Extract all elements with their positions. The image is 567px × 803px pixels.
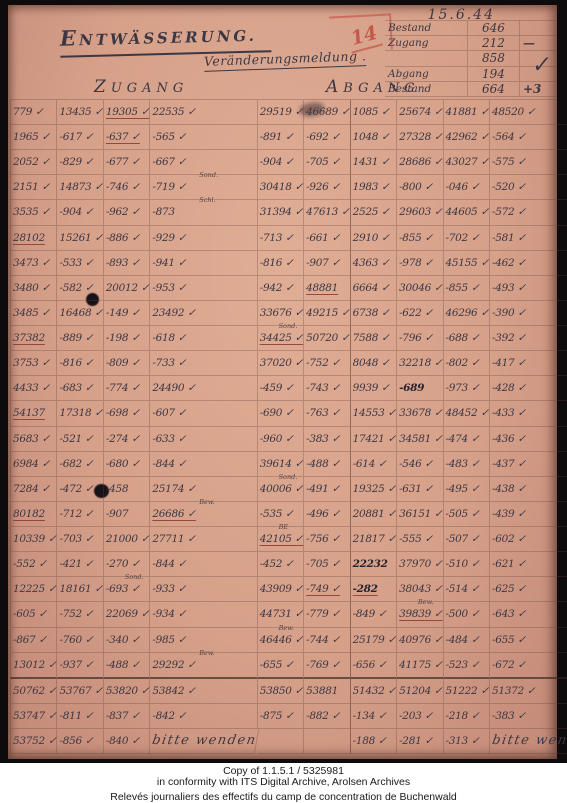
- ledger-cell: -763 ✓: [304, 401, 350, 426]
- ledger-cell: 3485 ✓: [10, 301, 57, 326]
- ledger-cell: -929 ✓: [150, 226, 257, 251]
- ledger-cell: -520 ✓: [490, 175, 567, 200]
- ledger-cell: 33678 ✓: [397, 401, 443, 426]
- ledger-cell: 17318 ✓: [57, 401, 103, 426]
- ledger-cell: 22232: [351, 552, 397, 577]
- ledger-cell: -459 ✓: [258, 376, 304, 401]
- ledger-cell: 27711 ✓: [150, 527, 257, 552]
- ledger-cell: [304, 729, 350, 754]
- ledger-cell: 40976 ✓: [397, 628, 443, 653]
- ledger-cell: -744 ✓: [304, 628, 350, 653]
- ledger-cell: -953 ✓: [150, 276, 257, 301]
- ledger-cell: 48520 ✓: [490, 100, 567, 125]
- ledger-cell: 17421 ✓: [351, 427, 397, 452]
- ledger-cell: 779 ✓: [10, 100, 57, 125]
- ledger-cell: 53747 ✓: [10, 704, 57, 729]
- ledger-cell: -840 ✓: [104, 729, 150, 754]
- ledger-cell: 30046 ✓: [397, 276, 443, 301]
- ledger-cell: -752 ✓: [57, 602, 103, 627]
- ledger-cell: 53850 ✓: [258, 679, 304, 704]
- ledger-cell: 13012 ✓: [10, 653, 57, 679]
- ledger-cell: 39839 ✓Bew.: [397, 602, 443, 627]
- ledger-cell: -505 ✓: [444, 502, 490, 527]
- ledger-cell: -484 ✓: [444, 628, 490, 653]
- ledger-cell: -907 ✓: [304, 251, 350, 276]
- ledger-cell: 53767 ✓: [57, 679, 103, 704]
- ledger-cell: -800 ✓: [397, 175, 443, 200]
- ledger-cell: 21000 ✓: [104, 527, 150, 552]
- ledger-cell: 50762 ✓: [10, 679, 57, 704]
- ledger-cell: -483 ✓: [444, 452, 490, 477]
- ledger-cell: 10339 ✓: [10, 527, 57, 552]
- stamp-number: 14: [346, 21, 384, 54]
- ledger-cell: 3473 ✓: [10, 251, 57, 276]
- ledger-cell: -421 ✓: [57, 552, 103, 577]
- ledger-cell: -886 ✓: [104, 226, 150, 251]
- ledger-cell: 53842 ✓: [150, 679, 257, 704]
- ledger-cell: -703 ✓: [57, 527, 103, 552]
- ledger-cell: 29603 ✓: [397, 200, 443, 225]
- check-mark-icon: ✓: [529, 52, 550, 79]
- ledger-cell: -942 ✓: [258, 276, 304, 301]
- ledger-cell: -746 ✓: [104, 175, 150, 200]
- ledger-cell: -677 ✓: [104, 150, 150, 175]
- ledger-cell: -809 ✓: [104, 351, 150, 376]
- ledger-cell: 31394 ✓: [258, 200, 304, 225]
- ledger-cell: -390 ✓: [490, 301, 567, 326]
- ledger-cell: -692 ✓: [304, 125, 350, 150]
- ledger-cell: 6984 ✓: [10, 452, 57, 477]
- column-header-abgang: Abgang: [326, 77, 420, 97]
- ledger-cell: -582 ✓: [57, 276, 103, 301]
- ledger-cell: 14873 ✓: [57, 175, 103, 200]
- ledger-cell: -614 ✓: [351, 452, 397, 477]
- marginal-annotation: Bew.: [418, 599, 433, 606]
- ledger-cell: -340 ✓: [104, 628, 150, 653]
- ledger-cell: 13435 ✓: [57, 100, 103, 125]
- ledger-cell: -760 ✓: [57, 628, 103, 653]
- ledger-cell: -690 ✓: [258, 401, 304, 426]
- ledger-cell: 48881: [304, 276, 350, 301]
- marginal-annotation: Bew.: [279, 625, 294, 632]
- ledger-cell: -521 ✓: [57, 427, 103, 452]
- ledger-cell: 46296 ✓: [444, 301, 490, 326]
- ledger-cell: -437 ✓: [490, 452, 567, 477]
- ledger-cell: -683 ✓: [57, 376, 103, 401]
- ledger-cell: -779 ✓: [304, 602, 350, 627]
- ledger-cell: -203 ✓: [397, 704, 443, 729]
- ledger-cell: -962 ✓: [104, 200, 150, 225]
- ledger-cell: -680 ✓: [104, 452, 150, 477]
- ledger-cell: -533 ✓: [57, 251, 103, 276]
- ledger-cell: -621 ✓: [490, 552, 567, 577]
- ledger-cell: -937 ✓: [57, 653, 103, 679]
- ledger-cell: -842 ✓: [150, 704, 257, 729]
- ledger-cell: 37970 ✓: [397, 552, 443, 577]
- ledger-cell: 1983 ✓: [351, 175, 397, 200]
- ledger-cell: 41881 ✓: [444, 100, 490, 125]
- ledger-cell: 51222 ✓: [444, 679, 490, 704]
- ledger-cell: 46689 ✓: [304, 100, 350, 125]
- marginal-annotation: Sond.: [279, 474, 298, 481]
- ledger-cell: -392 ✓: [490, 326, 567, 351]
- ledger-cell: 1085 ✓: [351, 100, 397, 125]
- ledger-cell: -893 ✓: [104, 251, 150, 276]
- ledger-cell: 2910 ✓: [351, 226, 397, 251]
- ledger-cell: -643 ✓: [490, 602, 567, 627]
- ledger-cell: -607 ✓: [150, 401, 257, 426]
- ledger-cell: 36151 ✓: [397, 502, 443, 527]
- ledger-cell: 27328 ✓: [397, 125, 443, 150]
- ledger-cell: -743 ✓: [304, 376, 350, 401]
- ledger-cell: 51372 ✓: [490, 679, 567, 704]
- red-stamp-box: 14: [329, 13, 393, 52]
- ledger-cell: 43909 ✓: [258, 577, 304, 602]
- ledger-cell: -941 ✓: [150, 251, 257, 276]
- ledger-cell: -688 ✓: [444, 326, 490, 351]
- ledger-cell: -802 ✓: [444, 351, 490, 376]
- ledger-cell: -500 ✓: [444, 602, 490, 627]
- ledger-cell: -926 ✓: [304, 175, 350, 200]
- ledger-cell: -889 ✓: [57, 326, 103, 351]
- ledger-cell: -488 ✓: [104, 653, 150, 679]
- scanned-document: ENTWÄSSERUNG. Veränderungsmeldung . 15.6…: [0, 0, 567, 763]
- ledger-cell: 16468 ✓: [57, 301, 103, 326]
- ledger-cell: 29292 ✓Bew.: [150, 653, 257, 679]
- ledger-cell: -617 ✓: [57, 125, 103, 150]
- ledger-cell: 51204 ✓: [397, 679, 443, 704]
- ledger-cell: -046 ✓: [444, 175, 490, 200]
- ledger-cell: -756 ✓: [304, 527, 350, 552]
- marginal-annotation: Schl.: [199, 197, 215, 204]
- ledger-cell: -875 ✓: [258, 704, 304, 729]
- ledger-cell: -882 ✓: [304, 704, 350, 729]
- ledger-cell: 7588 ✓: [351, 326, 397, 351]
- ledger-cell: 3480 ✓: [10, 276, 57, 301]
- summary-note: [519, 21, 557, 36]
- ledger-cell: -973 ✓: [444, 376, 490, 401]
- ledger-cell: -605 ✓: [10, 602, 57, 627]
- ledger-cell: -436 ✓: [490, 427, 567, 452]
- ledger-cell: -705 ✓: [304, 552, 350, 577]
- ledger-cell: -655 ✓: [258, 653, 304, 679]
- ledger-cell: 24490 ✓: [150, 376, 257, 401]
- ledger-cell: -282: [351, 577, 397, 602]
- ledger-cell: 40006 ✓Sond.: [258, 477, 304, 502]
- caption-french-line: Relevés journaliers des effectifs du cam…: [0, 792, 567, 800]
- ledger-cell: 14553 ✓: [351, 401, 397, 426]
- ledger-cell: -733 ✓: [150, 351, 257, 376]
- ledger-cell: -960 ✓: [258, 427, 304, 452]
- ledger-cell: 34425 ✓Sond.: [258, 326, 304, 351]
- marginal-annotation: Sond.: [199, 172, 218, 179]
- summary-label: Zugang: [385, 36, 467, 51]
- ledger-cell: -565 ✓: [150, 125, 257, 150]
- summary-label: [385, 51, 467, 66]
- ledger-cell: -452 ✓: [258, 552, 304, 577]
- ledger-cell: -625 ✓: [490, 577, 567, 602]
- ledger-cell: -904 ✓: [57, 200, 103, 225]
- ledger-cell: -672 ✓: [490, 653, 567, 679]
- ledger-cell: -149 ✓: [104, 301, 150, 326]
- ledger-cell: -493 ✓: [490, 276, 567, 301]
- ledger-cell: -774 ✓: [104, 376, 150, 401]
- ledger-cell: -855 ✓: [397, 226, 443, 251]
- ledger-cell: -693 ✓Sond.: [104, 577, 150, 602]
- ledger-cell: -458: [104, 477, 150, 502]
- ledger-cell: 46446 ✓Bew.: [258, 628, 304, 653]
- ledger-cell: -689: [397, 376, 443, 401]
- ledger-cell: -523 ✓: [444, 653, 490, 679]
- archive-caption: Copy of 1.1.5.1 / 5325981 in conformity …: [0, 763, 567, 800]
- ledger-cell: 5683 ✓: [10, 427, 57, 452]
- ledger-cell: 34581 ✓: [397, 427, 443, 452]
- marginal-annotation: Bew.: [199, 650, 214, 657]
- ledger-cell: -849 ✓: [351, 602, 397, 627]
- ledger-cell: -514 ✓: [444, 577, 490, 602]
- ledger-cell: [258, 729, 304, 754]
- ledger-cell: 47613 ✓: [304, 200, 350, 225]
- ledger-cell: -978 ✓: [397, 251, 443, 276]
- ledger-cell: 21817 ✓: [351, 527, 397, 552]
- ledger-cell: 20012 ✓: [104, 276, 150, 301]
- ledger-cell: 42962 ✓: [444, 125, 490, 150]
- ledger-cell: 2525 ✓: [351, 200, 397, 225]
- ledger-cell: -656 ✓: [351, 653, 397, 679]
- ledger-cell: -417 ✓: [490, 351, 567, 376]
- ledger-cell: 20881 ✓: [351, 502, 397, 527]
- ledger-cell: -555 ✓: [397, 527, 443, 552]
- ledger-cell: -829 ✓: [57, 150, 103, 175]
- ledger-cell: 50720 ✓: [304, 326, 350, 351]
- ledger-cell: -873Schl.: [150, 200, 257, 225]
- ledger-cell: -816 ✓: [258, 251, 304, 276]
- marginal-annotation: BE: [279, 524, 289, 531]
- ledger-cell: -218 ✓: [444, 704, 490, 729]
- summary-value: 664: [467, 82, 519, 97]
- ledger-cell: -546 ✓: [397, 452, 443, 477]
- ledger-cell: 2151 ✓: [10, 175, 57, 200]
- ledger-cell: -698 ✓: [104, 401, 150, 426]
- ledger-cell: 3535 ✓: [10, 200, 57, 225]
- ledger-cell: 4363 ✓: [351, 251, 397, 276]
- summary-value: 858: [467, 51, 519, 66]
- ledger-cell: -602 ✓: [490, 527, 567, 552]
- ledger-cell: 3753 ✓: [10, 351, 57, 376]
- ledger-cell: -510 ✓: [444, 552, 490, 577]
- column-header-zugang: Zugang: [94, 77, 188, 97]
- summary-note: —: [519, 36, 557, 51]
- ledger-cell: 12225 ✓: [10, 577, 57, 602]
- ledger-cell: -844 ✓: [150, 552, 257, 577]
- ledger-cell: -816 ✓: [57, 351, 103, 376]
- ledger-cell: -631 ✓: [397, 477, 443, 502]
- ledger-cell: -633 ✓: [150, 427, 257, 452]
- ledger-cell: -281 ✓: [397, 729, 443, 754]
- ledger-cell: 28686 ✓: [397, 150, 443, 175]
- marginal-annotation: Bew.: [199, 499, 214, 506]
- ledger-table: 779 ✓13435 ✓19305 ✓22535 ✓29519 ✓46689 ✓…: [10, 99, 556, 754]
- ledger-cell: -904 ✓: [258, 150, 304, 175]
- ledger-cell: -844 ✓: [150, 452, 257, 477]
- ledger-cell: -655 ✓: [490, 628, 567, 653]
- ledger-cell: -274 ✓: [104, 427, 150, 452]
- marginal-annotation: Sond.: [125, 574, 144, 581]
- ledger-cell: -682 ✓: [57, 452, 103, 477]
- ledger-cell: -796 ✓: [397, 326, 443, 351]
- ledger-cell: 22069 ✓: [104, 602, 150, 627]
- ledger-cell: -661 ✓: [304, 226, 350, 251]
- ledger-cell: -752 ✓: [304, 351, 350, 376]
- ledger-cell: 15261 ✓: [57, 226, 103, 251]
- ledger-cell: 32218 ✓: [397, 351, 443, 376]
- ledger-cell: 28102: [10, 226, 57, 251]
- ledger-cell: -488 ✓: [304, 452, 350, 477]
- ledger-cell: 45155 ✓: [444, 251, 490, 276]
- ledger-cell: -705 ✓: [304, 150, 350, 175]
- ledger-cell: bitte wenden: [488, 729, 567, 754]
- ledger-cell: 26686 ✓Bew.: [150, 502, 257, 527]
- ledger-cell: 19325 ✓: [351, 477, 397, 502]
- ledger-cell: 6738 ✓: [351, 301, 397, 326]
- summary-value: 194: [467, 67, 519, 82]
- ledger-cell: 51432 ✓: [351, 679, 397, 704]
- ledger-cell: 44605 ✓: [444, 200, 490, 225]
- ledger-cell: 43027 ✓: [444, 150, 490, 175]
- ledger-cell: 37382: [10, 326, 57, 351]
- summary-value: 212: [467, 36, 519, 51]
- summary-label: Bestand: [385, 21, 467, 36]
- ledger-cell: -383 ✓: [490, 704, 567, 729]
- ledger-cell: -507 ✓: [444, 527, 490, 552]
- ledger-cell: -618 ✓: [150, 326, 257, 351]
- ledger-cell: -572 ✓: [490, 200, 567, 225]
- ledger-cell: 25674 ✓: [397, 100, 443, 125]
- ledger-cell: -867 ✓: [10, 628, 57, 653]
- ledger-cell: 23492 ✓: [150, 301, 257, 326]
- ledger-cell: -712 ✓: [57, 502, 103, 527]
- marginal-annotation: Sond.: [279, 323, 298, 330]
- ledger-cell: 53881: [304, 679, 350, 704]
- ledger-cell: -564 ✓: [490, 125, 567, 150]
- ledger-cell: 19305 ✓: [104, 100, 150, 125]
- ledger-cell: -495 ✓: [444, 477, 490, 502]
- ledger-cell: 53752 ✓: [10, 729, 57, 754]
- ledger-cell: -907: [104, 502, 150, 527]
- ledger-page: ENTWÄSSERUNG. Veränderungsmeldung . 15.6…: [8, 5, 557, 759]
- ledger-cell: -713 ✓: [258, 226, 304, 251]
- ledger-cell: -855 ✓: [444, 276, 490, 301]
- ledger-cell: 48452 ✓: [444, 401, 490, 426]
- ledger-cell: 49215 ✓: [304, 301, 350, 326]
- ledger-cell: -769 ✓: [304, 653, 350, 679]
- summary-note: +3: [519, 82, 557, 97]
- ledger-cell: -188 ✓: [351, 729, 397, 754]
- ledger-cell: 9939 ✓: [351, 376, 397, 401]
- ledger-cell: 6664 ✓: [351, 276, 397, 301]
- ledger-cell: 30418 ✓: [258, 175, 304, 200]
- ledger-cell: -491 ✓: [304, 477, 350, 502]
- ledger-cell: 8048 ✓: [351, 351, 397, 376]
- ledger-cell: -933 ✓: [150, 577, 257, 602]
- ledger-cell: -637 ✓: [104, 125, 150, 150]
- summary-value: 646: [467, 21, 519, 36]
- ledger-cell: -474 ✓: [444, 427, 490, 452]
- ledger-cell: -575 ✓: [490, 150, 567, 175]
- ledger-cell: 1048 ✓: [351, 125, 397, 150]
- ledger-cell: -313 ✓: [444, 729, 490, 754]
- ledger-cell: 53820 ✓: [104, 679, 150, 704]
- ledger-cell: 25179 ✓: [351, 628, 397, 653]
- ledger-cell: 80182: [10, 502, 57, 527]
- ledger-cell: -837 ✓: [104, 704, 150, 729]
- ledger-cell: -439 ✓: [490, 502, 567, 527]
- ledger-cell: 4433 ✓: [10, 376, 57, 401]
- ledger-cell: -552 ✓: [10, 552, 57, 577]
- ledger-cell: -383 ✓: [304, 427, 350, 452]
- ledger-cell: -749 ✓: [304, 577, 350, 602]
- ledger-cell: -581 ✓: [490, 226, 567, 251]
- caption-conformity-line: in conformity with ITS Digital Archive, …: [0, 777, 567, 788]
- ledger-cell: -198 ✓: [104, 326, 150, 351]
- ledger-cell: -811 ✓: [57, 704, 103, 729]
- ledger-cell: 2052 ✓: [10, 150, 57, 175]
- ledger-cell: -472 ✓: [57, 477, 103, 502]
- ledger-cell: -134 ✓: [351, 704, 397, 729]
- ledger-cell: -496 ✓: [304, 502, 350, 527]
- ledger-cell: 1965 ✓: [10, 125, 57, 150]
- ledger-cell: 37020 ✓: [258, 351, 304, 376]
- ledger-cell: 18161 ✓: [57, 577, 103, 602]
- ledger-cell: -934 ✓: [150, 602, 257, 627]
- ledger-cell: bitte wenden: [148, 729, 260, 754]
- ledger-cell: 1431 ✓: [351, 150, 397, 175]
- ledger-cell: -622 ✓: [397, 301, 443, 326]
- ledger-cell: 54137: [10, 401, 57, 426]
- ledger-cell: 29519 ✓: [258, 100, 304, 125]
- ledger-cell: -891 ✓: [258, 125, 304, 150]
- ledger-cell: -438 ✓: [490, 477, 567, 502]
- ledger-cell: 41175 ✓: [397, 653, 443, 679]
- ledger-cell: -856 ✓: [57, 729, 103, 754]
- ledger-cell: -462 ✓: [490, 251, 567, 276]
- ledger-cell: 42105 ✓BE: [258, 527, 304, 552]
- ledger-cell: -433 ✓: [490, 401, 567, 426]
- ledger-cell: 22535 ✓: [150, 100, 257, 125]
- ledger-cell: 7284 ✓: [10, 477, 57, 502]
- ledger-cell: -702 ✓: [444, 226, 490, 251]
- ledger-cell: -428 ✓: [490, 376, 567, 401]
